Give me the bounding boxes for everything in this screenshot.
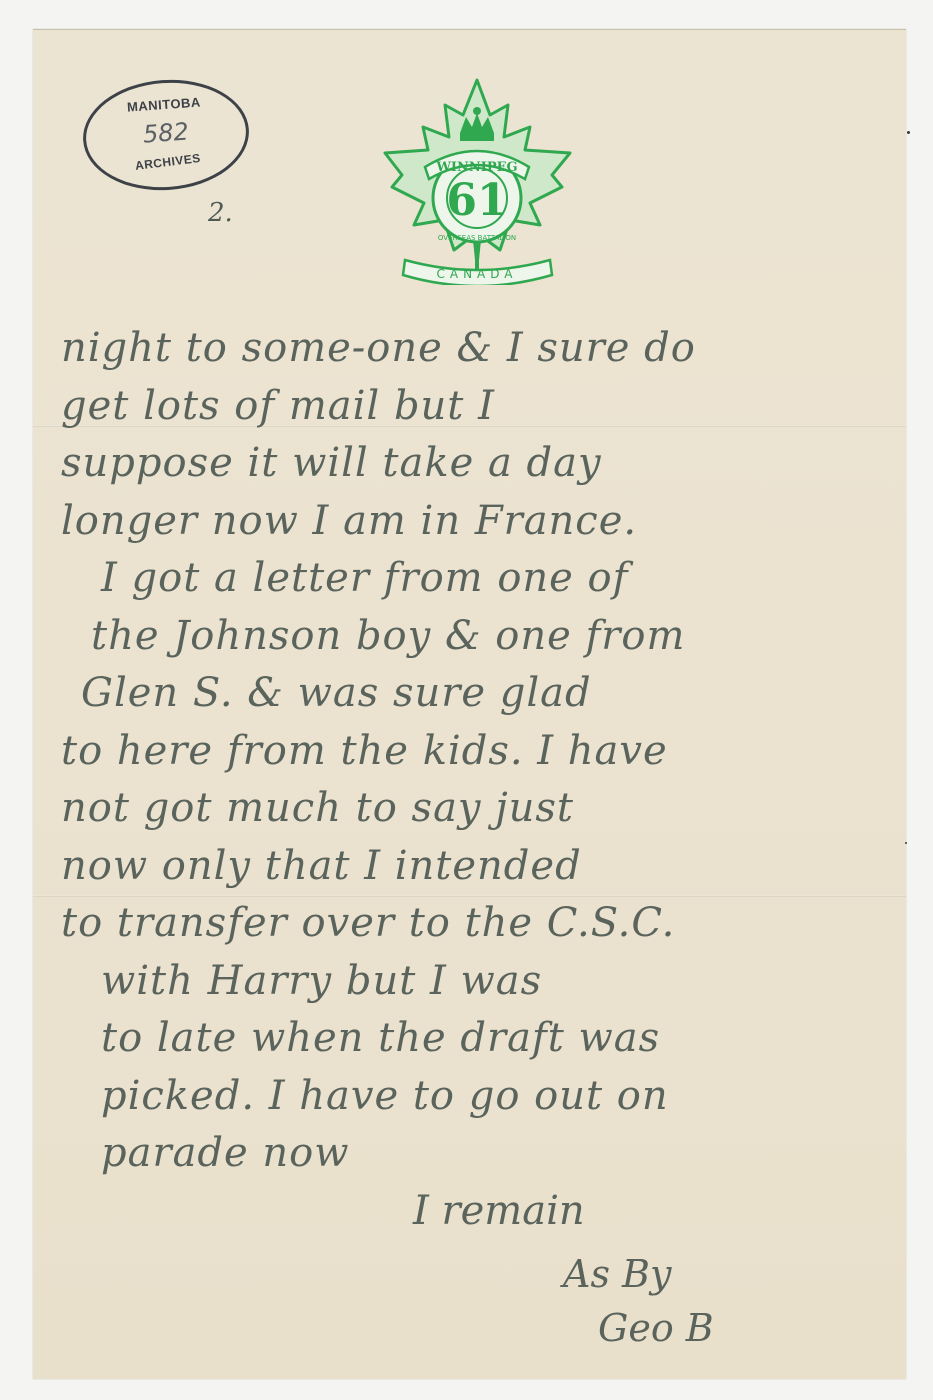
page-number: 2. [208, 198, 233, 228]
archive-stamp: MANITOBA 582 ARCHIVES [79, 74, 252, 195]
letter-line: the Johnson boy & one from [61, 608, 901, 666]
letter-line: now only that I intended [61, 838, 901, 896]
dust-speck [907, 131, 910, 134]
letter-line: with Harry but I was [61, 953, 901, 1011]
letter-page: MANITOBA 582 ARCHIVES WINNIPEG 61 OVERSE… [33, 29, 906, 1379]
signature-line-1: As By [563, 1252, 671, 1296]
letter-line: not got much to say just [61, 780, 901, 838]
letter-line: get lots of mail but I [61, 378, 901, 436]
letter-line: suppose it will take a day [61, 435, 901, 493]
letter-line: I got a letter from one of [61, 550, 901, 608]
letter-closing: I remain [413, 1188, 585, 1234]
stamp-top-text: MANITOBA [84, 92, 245, 118]
letter-line: longer now I am in France. [61, 493, 901, 551]
svg-text:WINNIPEG: WINNIPEG [435, 160, 517, 175]
letter-line: to here from the kids. I have [61, 723, 901, 781]
signature-line-2: Geo B [598, 1306, 714, 1350]
letter-line: to late when the draft was [61, 1010, 901, 1068]
letter-line: Glen S. & was sure glad [61, 665, 901, 723]
letter-line: night to some-one & I sure do [61, 320, 901, 378]
svg-text:61: 61 [446, 175, 507, 226]
letter-body: night to some-one & I sure do get lots o… [61, 320, 901, 1183]
letter-line: picked. I have to go out on [61, 1068, 901, 1126]
letter-line: parade now [61, 1125, 901, 1183]
stamp-number: 582 [85, 113, 247, 152]
maple-leaf-crest-icon: WINNIPEG 61 OVERSEAS BATTALION CANADA [380, 75, 575, 285]
svg-text:CANADA: CANADA [436, 267, 517, 281]
letter-line: to transfer over to the C.S.C. [61, 895, 901, 953]
svg-text:OVERSEAS BATTALION: OVERSEAS BATTALION [438, 234, 516, 242]
dust-speck [905, 842, 907, 844]
